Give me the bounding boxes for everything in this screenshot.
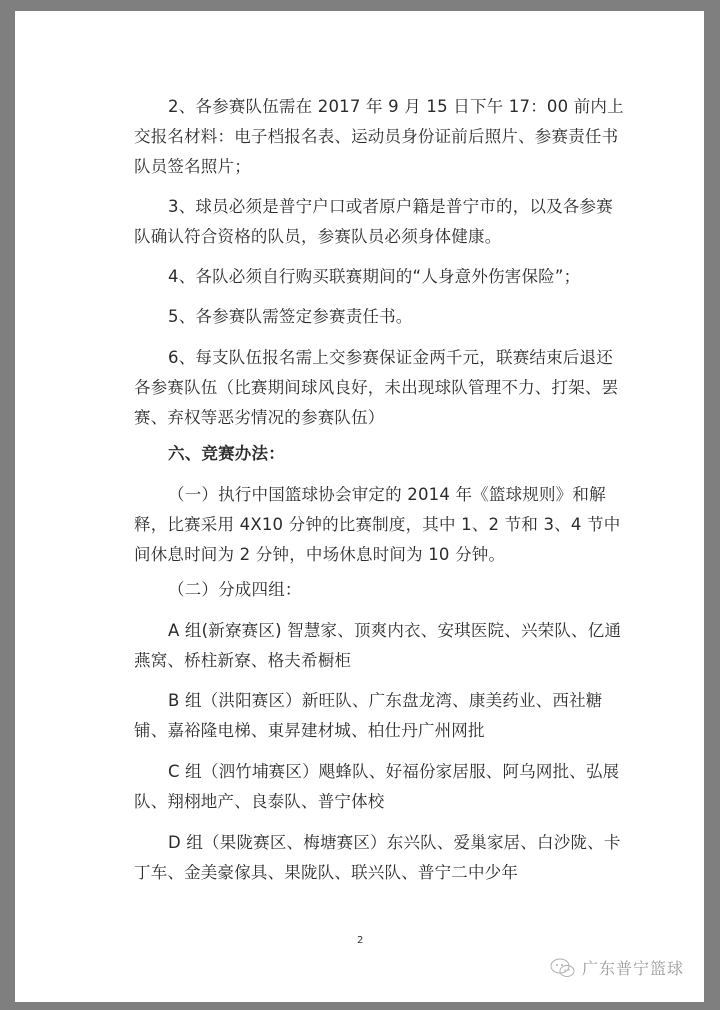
- paragraph-item-4: 4、各队必须自行购买联赛期间的“人身意外伤害保险”；: [134, 262, 629, 292]
- paragraph-item-6: 6、每支队伍报名需上交参赛保证金两千元，联赛结束后退还各参赛队伍（比赛期间球风良…: [134, 343, 629, 433]
- paragraph-rule-2: （二）分成四组：: [134, 575, 629, 605]
- section-heading-competition-method: 六、竞赛办法：: [134, 439, 629, 469]
- paragraph-group-a: A 组(新寮赛区) 智慧家、顶爽内衣、安琪医院、兴荣队、亿通燕窝、桥柱新寮、格夫…: [134, 616, 629, 676]
- paragraph-item-5: 5、各参赛队需签定参赛责任书。: [134, 302, 629, 332]
- paragraph-item-3: 3、球员必须是普宁户口或者原户籍是普宁市的，以及各参赛队确认符合资格的队员，参赛…: [134, 192, 629, 252]
- watermark-text: 广东普宁篮球: [582, 956, 684, 979]
- paragraph-group-d: D 组（果陇赛区、梅塘赛区）东兴队、爱巢家居、白沙陇、卡丁车、金美豪傢具、果陇队…: [134, 828, 629, 888]
- page-number: 2: [357, 935, 363, 946]
- paragraph-rule-1: （一）执行中国篮球协会审定的 2014 年《篮球规则》和解释，比赛采用 4X10…: [134, 480, 629, 570]
- paragraph-group-b: B 组（洪阳赛区）新旺队、广东盘龙湾、康美药业、西社糖铺、嘉裕隆电梯、東昇建材城…: [134, 686, 629, 746]
- document-page: 2、各参赛队伍需在 2017 年 9 月 15 日下午 17：00 前内上交报名…: [15, 11, 704, 1002]
- watermark: 广东普宁篮球: [549, 956, 684, 979]
- wechat-icon: [549, 957, 577, 979]
- paragraph-item-2: 2、各参赛队伍需在 2017 年 9 月 15 日下午 17：00 前内上交报名…: [134, 92, 629, 182]
- paragraph-group-c: C 组（泗竹埔赛区）飓蜂队、好福份家居服、阿乌网批、弘展队、翔栩地产、良泰队、普…: [134, 757, 629, 817]
